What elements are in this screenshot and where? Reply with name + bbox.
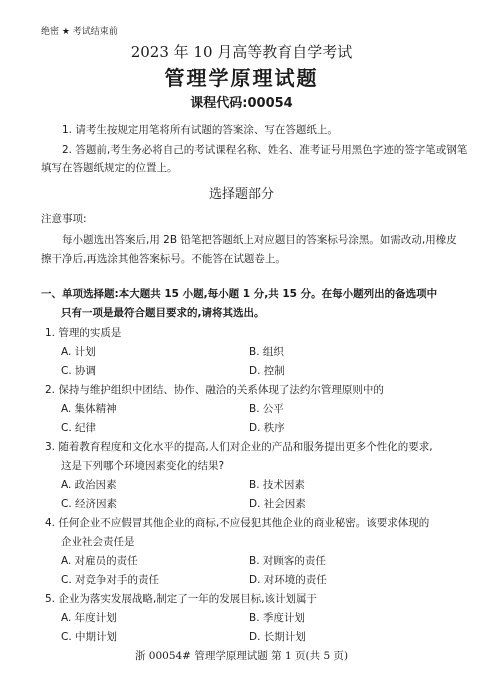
question-3-option-a: A. 政治因素 bbox=[61, 477, 117, 492]
question-5-option-c: C. 中期计划 bbox=[61, 629, 117, 644]
secret-mark: 绝密 ★ 考试结束前 bbox=[41, 24, 118, 37]
question-4-option-a: A. 对雇员的责任 bbox=[61, 553, 138, 568]
part-heading-cont: 只有一项是最符合题目要求的,请将其选出。 bbox=[61, 305, 265, 320]
instruction-1: 1. 请考生按规定用笔将所有试题的答案涂、写在答题纸上。 bbox=[62, 122, 338, 137]
question-3-option-d: D. 社会因素 bbox=[249, 496, 306, 511]
instruction-2-cont: 填写在答题纸规定的位置上。 bbox=[41, 160, 178, 175]
question-2-option-d: D. 秩序 bbox=[249, 420, 285, 435]
exam-title: 2023 年 10 月高等教育自学考试 bbox=[0, 41, 483, 62]
question-5-option-b: B. 季度计划 bbox=[249, 610, 305, 625]
page-title: 管理学原理试题 bbox=[0, 62, 483, 91]
question-4-option-c: C. 对竞争对手的责任 bbox=[61, 572, 159, 587]
question-2-option-c: C. 纪律 bbox=[61, 420, 96, 435]
note-line-2: 擦干净后,再选涂其他答案标号。不能答在试题卷上。 bbox=[41, 251, 286, 266]
question-4-stem-cont: 企业社会责任是 bbox=[61, 534, 135, 549]
question-1-option-b: B. 组织 bbox=[249, 344, 284, 359]
question-1-option-d: D. 控制 bbox=[249, 363, 285, 378]
question-1-option-c: C. 协调 bbox=[61, 363, 96, 378]
question-2-option-b: B. 公平 bbox=[249, 401, 284, 416]
question-2-option-a: A. 集体精神 bbox=[61, 401, 117, 416]
note-line-1: 每小题选出答案后,用 2B 铅笔把答题纸上对应题目的答案标号涂黑。如需改动,用橡… bbox=[62, 232, 457, 247]
question-5-stem: 5. 企业为落实发展战略,制定了一年的发展目标,该计划属于 bbox=[45, 591, 317, 606]
course-code: 课程代码:00054 bbox=[0, 92, 483, 111]
page-footer: 浙 00054# 管理学原理试题 第 1 页(共 5 页) bbox=[0, 648, 483, 663]
question-4-option-b: B. 对顾客的责任 bbox=[249, 553, 326, 568]
question-2-stem: 2. 保持与维护组织中团结、协作、融洽的关系体现了法约尔管理原则中的 bbox=[45, 382, 384, 397]
question-3-option-b: B. 技术因素 bbox=[249, 477, 305, 492]
question-4-stem: 4. 任何企业不应假冒其他企业的商标,不应侵犯其他企业的商业秘密。该要求体现的 bbox=[45, 515, 429, 530]
question-5-option-d: D. 长期计划 bbox=[249, 629, 306, 644]
question-3-stem: 3. 随着教育程度和文化水平的提高,人们对企业的产品和服务提出更多个性化的要求, bbox=[45, 439, 433, 454]
question-3-stem-cont: 这是下列哪个环境因素变化的结果? bbox=[61, 458, 224, 473]
question-4-option-d: D. 对环境的责任 bbox=[249, 572, 327, 587]
instruction-2: 2. 答题前,考生务必将自己的考试课程名称、姓名、准考证号用黑色字迹的签字笔或钢… bbox=[62, 142, 467, 157]
question-1-stem: 1. 管理的实质是 bbox=[45, 325, 121, 340]
part-heading: 一、单项选择题:本大题共 15 小题,每小题 1 分,共 15 分。在每小题列出… bbox=[41, 286, 437, 301]
question-3-option-c: C. 经济因素 bbox=[61, 496, 117, 511]
notes-label: 注意事项: bbox=[41, 211, 87, 226]
question-1-option-a: A. 计划 bbox=[61, 344, 96, 359]
question-5-option-a: A. 年度计划 bbox=[61, 610, 117, 625]
section-title: 选择题部分 bbox=[0, 183, 483, 202]
